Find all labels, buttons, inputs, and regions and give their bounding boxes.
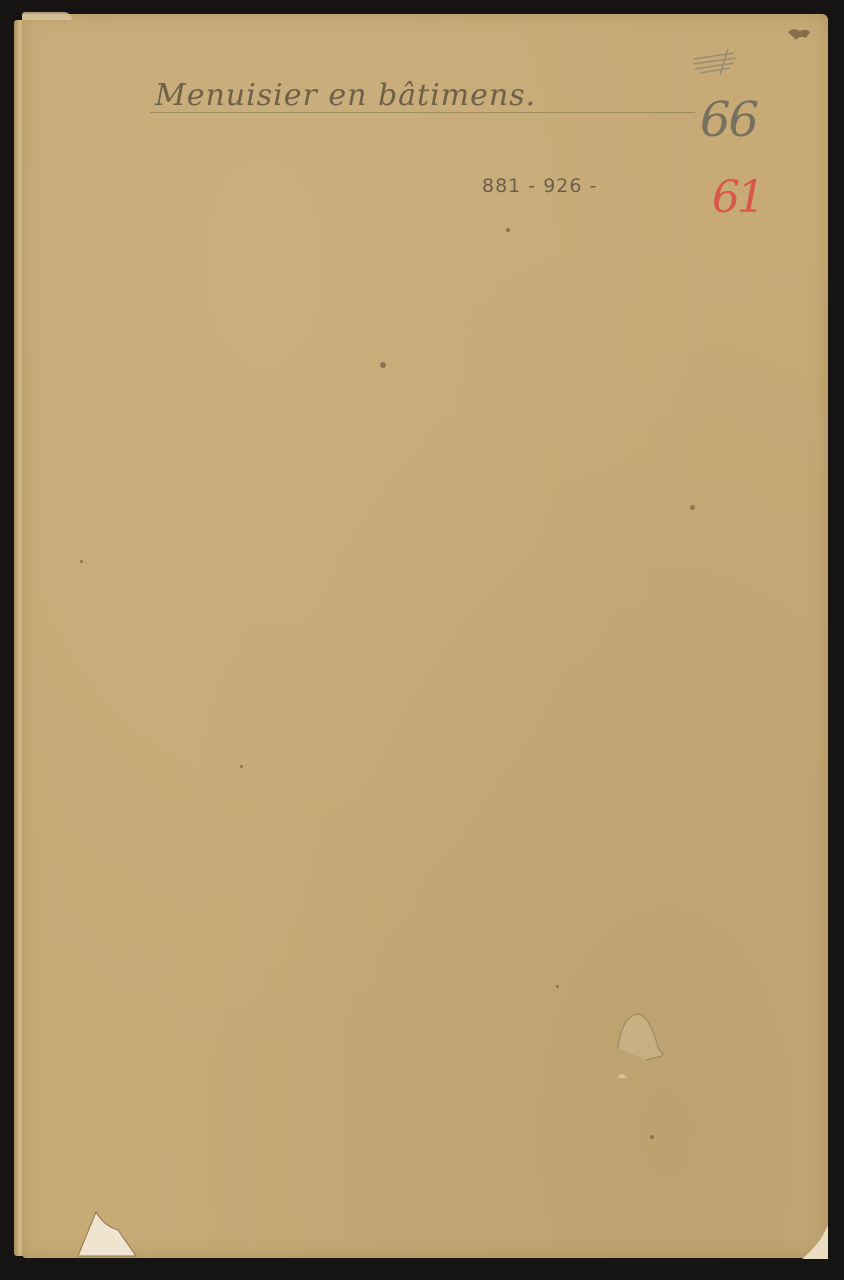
paper-speck [506,228,510,232]
red-number: 61 [712,172,762,223]
folder-cover [22,14,828,1258]
handwritten-title: Menuisier en bâtimens. [155,78,625,113]
pencil-number: 66 [700,92,757,148]
paper-tear-mark-icon [612,1008,672,1078]
corner-stain-icon [786,26,814,46]
paper-speck [380,362,386,368]
paper-speck [690,505,695,510]
paper-speck [80,560,83,563]
corner-tear-icon [800,1225,828,1259]
bottom-tear-icon [78,1208,138,1258]
cover-top-fold [22,12,72,20]
title-underline [150,112,695,113]
document-range: 881 - 926 - [482,175,597,197]
paper-speck [650,1135,654,1139]
crossed-out-mark-icon [690,45,740,79]
paper-speck [556,985,559,988]
paper-speck [240,765,243,768]
